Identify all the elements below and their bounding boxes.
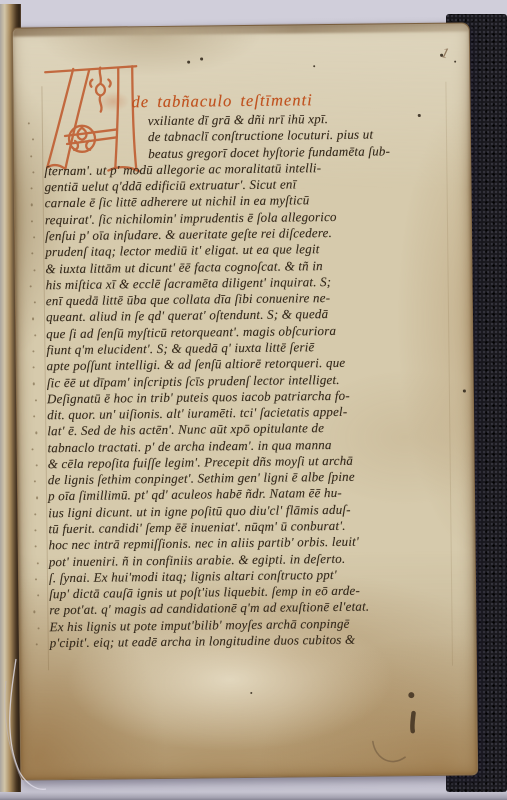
- pricking-hole: [32, 139, 34, 141]
- manuscript-photo-scene: A de tabñaculo teſtīmenti vxiliante dī g…: [0, 0, 507, 800]
- pricking-hole: [30, 285, 32, 287]
- speck: [454, 61, 456, 63]
- pricking-hole: [31, 220, 33, 222]
- text-line: p'cipit'. eiq; ut eadē archa in longitud…: [50, 631, 462, 652]
- pricking-hole: [35, 399, 37, 401]
- pricking-hole: [31, 253, 33, 255]
- pricking-hole: [34, 301, 36, 303]
- pricking-holes: [13, 23, 469, 28]
- pricking-hole: [33, 415, 35, 417]
- pricking-hole: [33, 611, 35, 613]
- binding-thread: [0, 655, 60, 800]
- pricking-hole: [37, 562, 39, 564]
- pricking-hole: [31, 188, 33, 190]
- pricking-hole: [32, 171, 34, 173]
- margin-smudge: [97, 91, 129, 111]
- pricking-hole: [32, 318, 34, 320]
- pricking-hole: [33, 269, 35, 271]
- pricking-hole: [34, 334, 36, 336]
- pricking-hole: [36, 497, 38, 499]
- pricking-hole: [38, 627, 40, 629]
- pricking-hole: [32, 350, 34, 352]
- pricking-hole: [35, 432, 37, 434]
- pricking-hole: [34, 481, 36, 483]
- speck: [200, 57, 203, 60]
- pricking-hole: [36, 643, 38, 645]
- pricking-hole: [35, 546, 37, 548]
- pricking-hole: [34, 529, 36, 531]
- chapter-heading-rubric: de tabñaculo teſtīmenti: [131, 90, 312, 112]
- pen-trial-ink: [370, 674, 441, 785]
- pricking-hole: [37, 594, 39, 596]
- pricking-hole: [32, 448, 34, 450]
- speck: [250, 692, 252, 694]
- pricking-hole: [31, 204, 33, 206]
- pricking-hole: [36, 464, 38, 466]
- speck: [463, 389, 466, 392]
- pricking-hole: [33, 236, 35, 238]
- manuscript-page: A de tabñaculo teſtīmenti vxiliante dī g…: [12, 22, 479, 780]
- table-edge-shadow: [0, 792, 507, 800]
- text-block: vxiliante dī grā & dñi nrī ihū xpī.de ta…: [44, 110, 462, 652]
- pricking-hole: [28, 122, 30, 124]
- pricking-hole: [34, 513, 36, 515]
- pricking-hole: [30, 155, 32, 157]
- pricking-hole: [35, 578, 37, 580]
- speck: [313, 65, 315, 67]
- pricking-hole: [33, 383, 35, 385]
- pen-trial-mark: i: [370, 674, 441, 785]
- wormhole-specks: [13, 23, 469, 28]
- folio-number: 1: [439, 45, 451, 63]
- speck: [187, 61, 190, 64]
- pricking-hole: [33, 367, 35, 369]
